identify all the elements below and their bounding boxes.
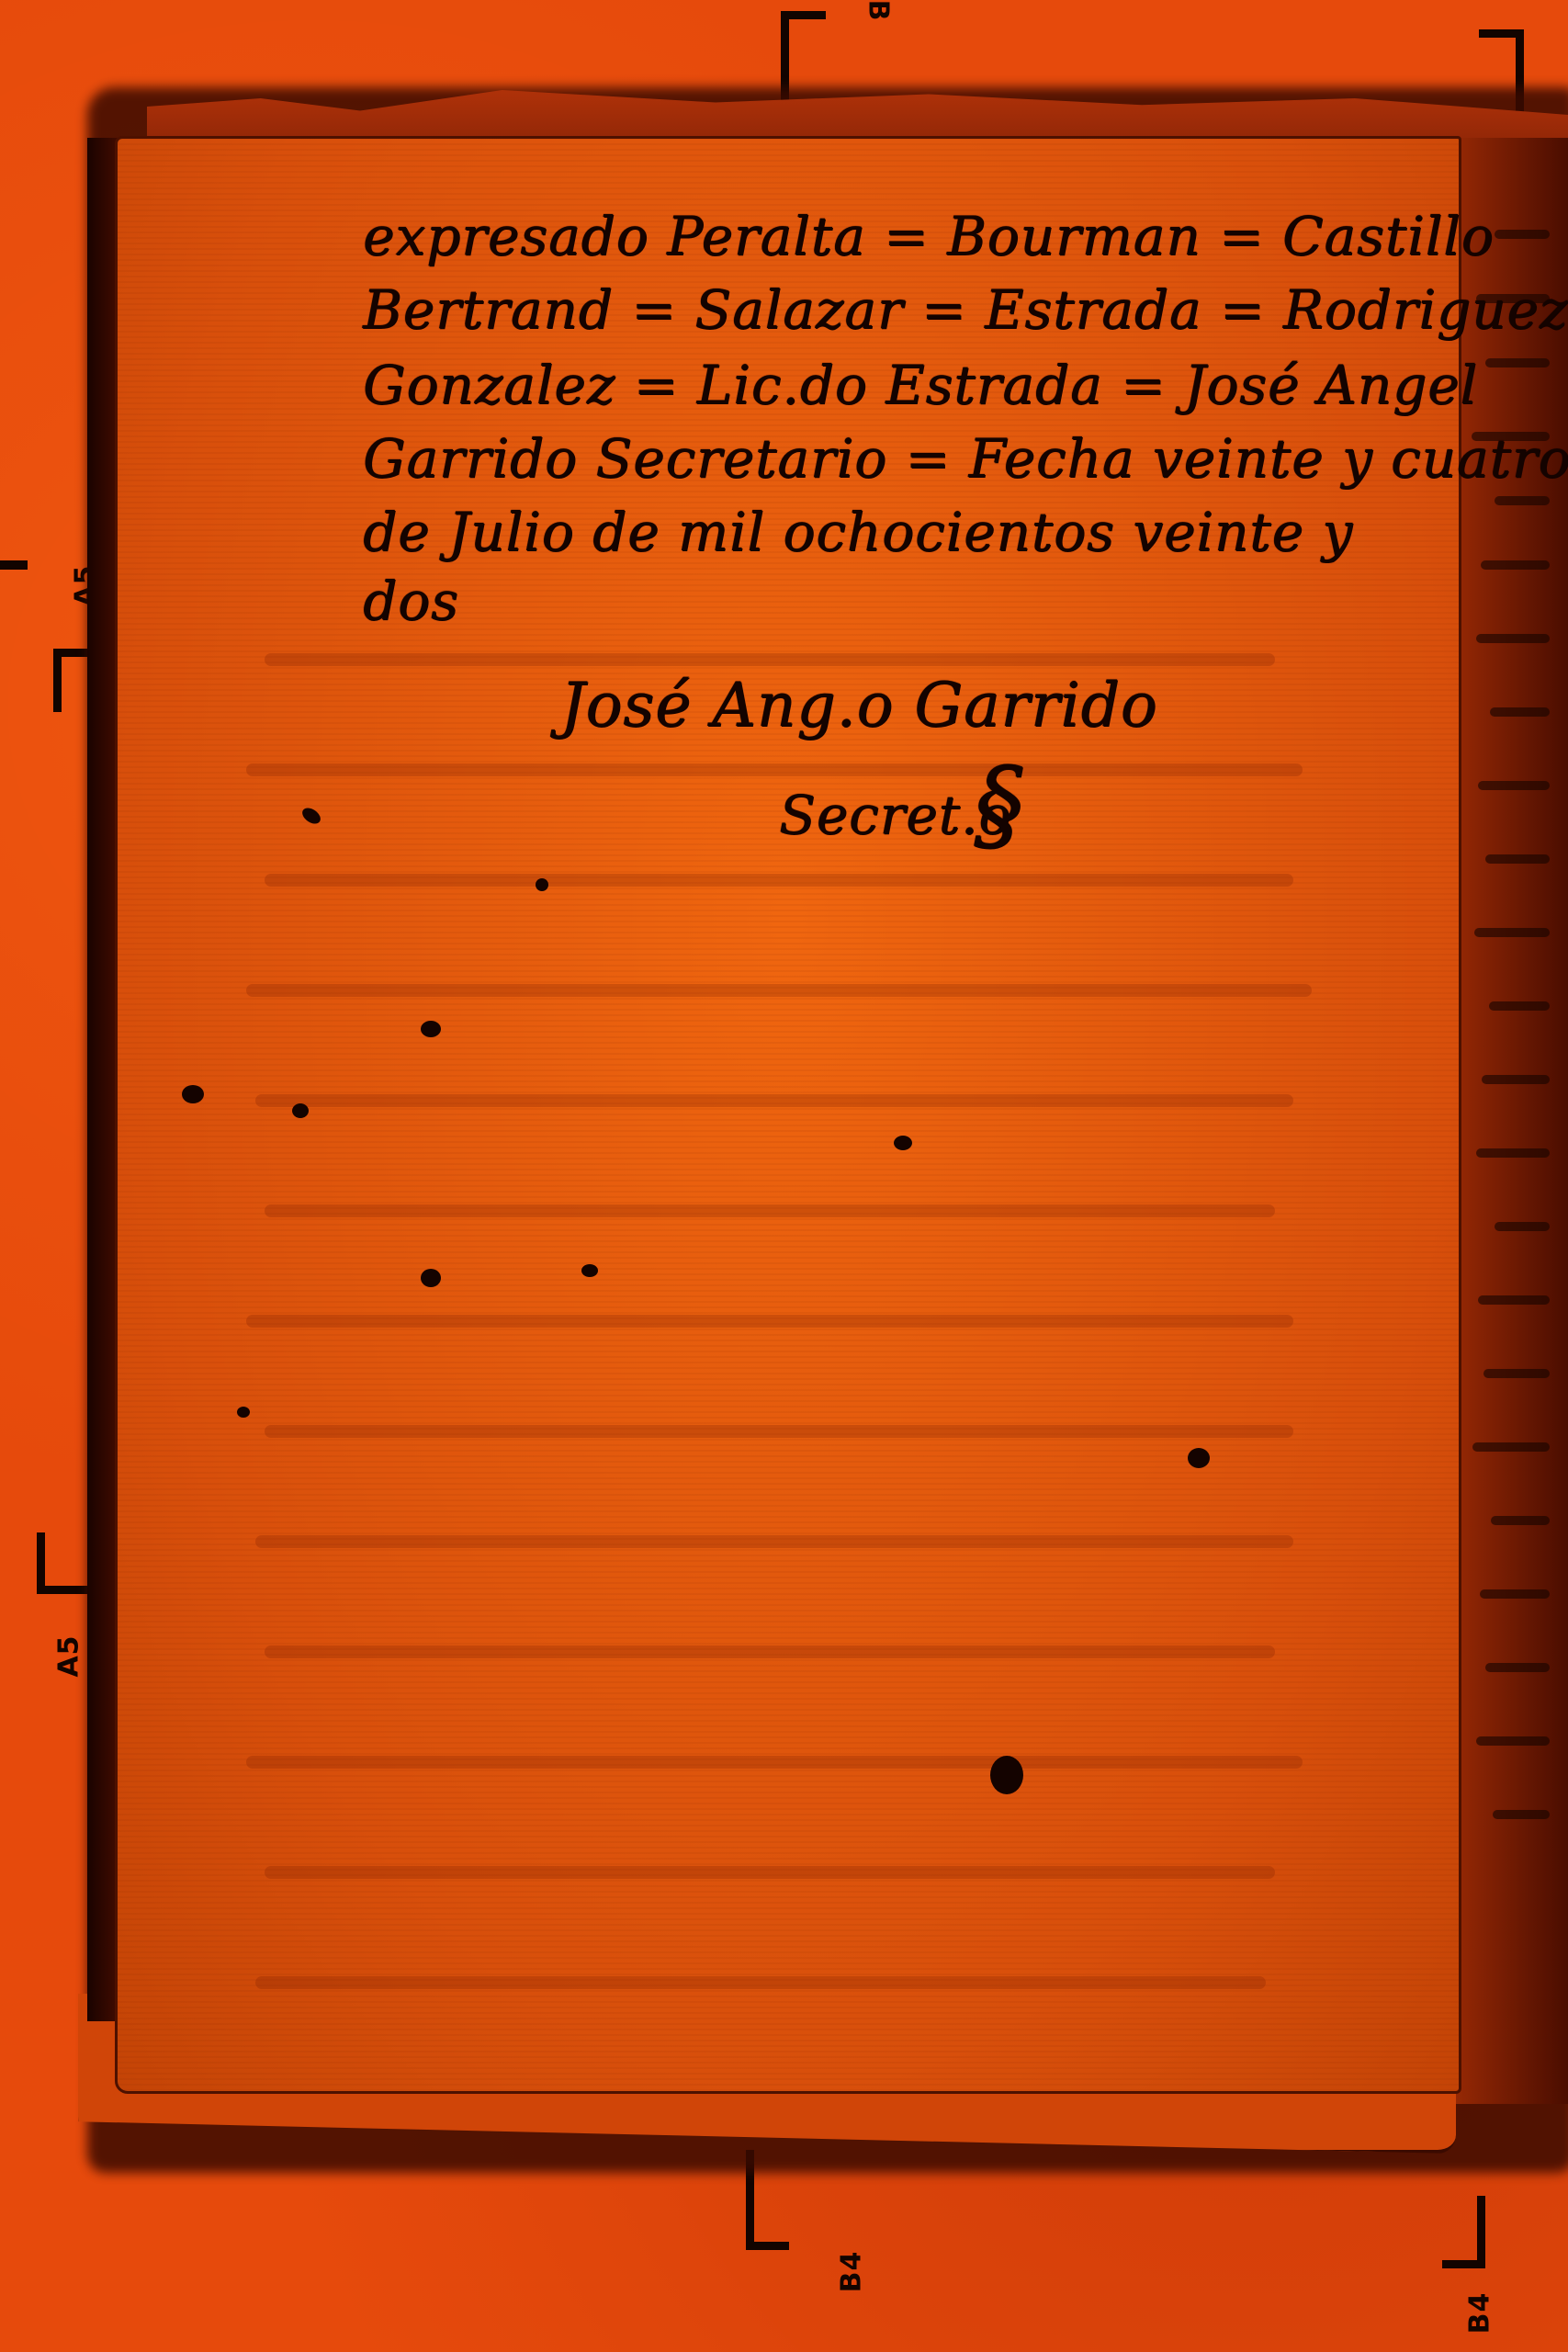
manuscript-line-3: Gonzalez = Lic.do Estrada = José Angel (363, 358, 1478, 412)
manuscript-line-5: de Julio de mil ochocientos veinte y (363, 505, 1353, 559)
crop-label-bottom-left: B4 (835, 2251, 867, 2293)
manuscript-line-1: expresado Peralta = Bourman = Castillo (363, 209, 1495, 263)
crop-label-bottom-right: B4 (1463, 2292, 1495, 2335)
crop-mark-bottom-right (1442, 2196, 1485, 2268)
signature-flourish-icon: § (974, 753, 1025, 854)
manuscript-line-4: Garrido Secretario = Fecha veinte y cuat… (363, 432, 1568, 485)
manuscript-line-2: Bertrand = Salazar = Estrada = Rodriguez (363, 283, 1568, 336)
signature-name: José Ang.o Garrido (560, 675, 1157, 736)
manuscript-line-6: dos (363, 574, 459, 628)
crop-label-left-lower: A5 (53, 1634, 85, 1677)
crop-label-top: B (862, 0, 894, 21)
crop-mark-left-tick (0, 560, 28, 570)
